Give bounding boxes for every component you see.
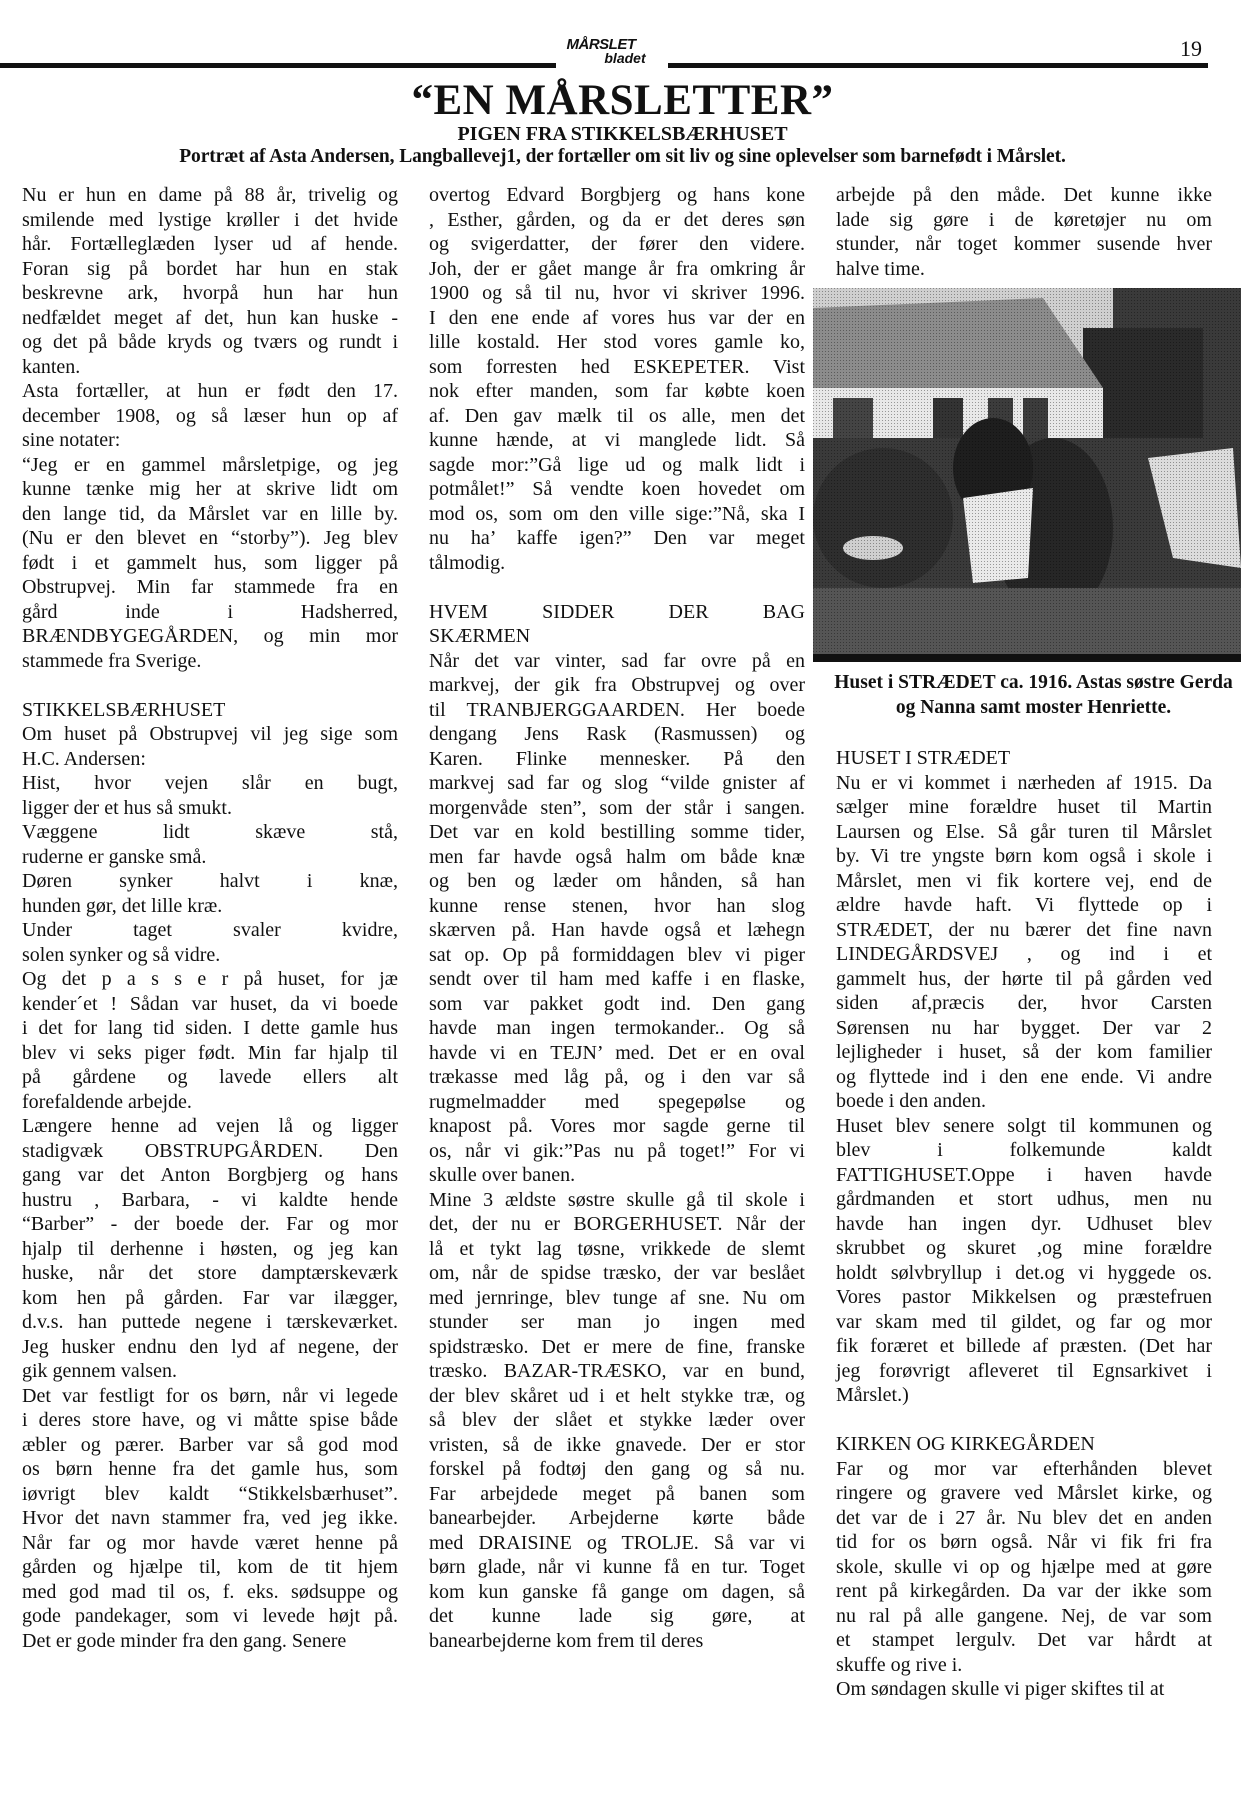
text-line: Det var en kold bestilling somme tider, [429,820,805,845]
text-line: siden af,præcis der, hvor Carsten [836,991,1212,1016]
text-line: morgenvåde sten”, som der står i sangen. [429,796,805,821]
text-line: os, når vi gik:”Pas nu på toget!” For vi [429,1139,805,1164]
text-line: tålmodig. [429,551,805,576]
text-line: med DRAISINE og TROLJE. Så var vi [429,1531,805,1556]
text-line: os børn henne fra det gamle hus, som [22,1457,398,1482]
text-line: (Nu er den blevet en “storby”). Jeg blev [22,526,398,551]
text-line: iøvrigt blev kaldt “Stikkelsbærhuset”. [22,1482,398,1507]
text-line: forefaldende arbejde. [22,1090,398,1115]
text-line: Når far og mor havde været henne på [22,1531,398,1556]
text-line: Det var festligt for os børn, når vi leg… [22,1384,398,1409]
text-line: lejligheder i huset, så der kom familier [836,1040,1212,1065]
page-number: 19 [1180,36,1202,62]
text-line: LINDEGÅRDSVEJ , og ind i et [836,942,1212,967]
text-line: boede i den anden. [836,1089,1212,1114]
text-line: H.C. Andersen: [22,747,398,772]
paragraph-gap [22,673,398,698]
text-line: , Esther, gården, og da er det deres søn [429,208,805,233]
text-line: dengang Jens Rask (Rasmussen) og [429,722,805,747]
text-line: Nu er hun en dame på 88 år, trivelig og [22,183,398,208]
text-line: Mårslet, men vi fik kortere vej, end de [836,869,1212,894]
article-lead: Portræt af Asta Andersen, Langballevej1,… [0,146,1245,168]
text-line: december 1908, og så læser hun op af [22,404,398,429]
text-line: lå et tykt lag tøsne, vrikkede de slemt [429,1237,805,1262]
text-line: halve time. [836,257,1212,282]
masthead-rule-left [0,63,556,68]
text-line: Hvor det navn stammer fra, ved jeg ikke. [22,1506,398,1531]
text-line: holdt sølvbryllup i det.og vi hyggede os… [836,1261,1212,1286]
text-line: d.v.s. han puttede negene i tærskeværket… [22,1310,398,1335]
text-line: kom kun ganske få gange om dagen, så [429,1580,805,1605]
text-line: Om huset på Obstrupvej vil jeg sige som [22,722,398,747]
text-line: “Jeg er en gammel mårsletpige, og jeg [22,453,398,478]
text-line: det, der nu er BORGERHUSET. Når der [429,1212,805,1237]
text-line: skrubbet og skuret ,og mine forældre [836,1236,1212,1261]
text-line: det var de i 27 år. Nu blev det en anden [836,1506,1212,1531]
text-line: STIKKELSBÆRHUSET [22,698,398,723]
text-line: ringere og gravere ved Mårslet kirke, og [836,1481,1212,1506]
text-line: Længere henne ad vejen lå og ligger [22,1114,398,1139]
text-line: skuffe og rive i. [836,1653,1212,1678]
text-line: beskrevne ark, hvorpå hun har hun [22,281,398,306]
text-line: FATTIGHUSET.Oppe i haven havde [836,1163,1212,1188]
text-line: og det på både kryds og tværs og rundt i [22,330,398,355]
text-line: “Barber” - der boede der. Far og mor [22,1212,398,1237]
text-line: fik foræret et billede af præsten. (Det … [836,1334,1212,1359]
text-line: I den ene ende af vores hus var der en [429,306,805,331]
text-line: et stampet lergulv. Det var hårdt at [836,1628,1212,1653]
text-line: sine notater: [22,428,398,453]
text-line: Nu er vi kommet i nærheden af 1915. Da [836,771,1212,796]
text-line: potmålet!” Så vendte koen hovedet om [429,477,805,502]
text-line: knapost på. Vores mor sagde gerne til [429,1114,805,1139]
text-line: den lange tid, da Mårslet var en lille b… [22,502,398,527]
text-line: ligger der et hus så smukt. [22,796,398,821]
text-line: kender´et ! Sådan var huset, da vi boede [22,992,398,1017]
text-line: gården og hjælpe til, kom de tit hjem [22,1555,398,1580]
text-line: skulle over banen. [429,1163,805,1188]
text-line: havde han ingen dyr. Udhuset blev [836,1212,1212,1237]
text-line: Obstrupvej. Min far stammede fra en [22,575,398,600]
text-line: træsko. BAZAR-TRÆSKO, var en bund, [429,1359,805,1384]
text-line: havde vi en TEJN’ med. Det er en oval [429,1041,805,1066]
text-line: med jernringe, blev tunge af sne. Nu om [429,1286,805,1311]
text-line: Mårslet.) [836,1383,1212,1408]
text-line: og flyttede ind i den ene ende. Vi andre [836,1065,1212,1090]
text-line: stadigvæk OBSTRUPGÅRDEN. Den [22,1139,398,1164]
text-line: 1900 og så til nu, hvor vi skriver 1996. [429,281,805,306]
masthead-rule-right [668,63,1208,68]
text-line: gik gennem valsen. [22,1359,398,1384]
logo-line-1: MÅRSLET [534,37,668,52]
text-line: stunder ser man jo ingen med [429,1310,805,1335]
text-line: Væggene lidt skæve stå, [22,820,398,845]
text-line: kunne tænke mig her at skrive lidt om [22,477,398,502]
text-line: Far og mor var efterhånden blevet [836,1457,1212,1482]
text-line: ældre havde haft. Vi flyttede op i [836,893,1212,918]
text-line: der blev skåret ud i et helt stykke træ,… [429,1384,805,1409]
text-line: var skam med til gildet, og far og mor [836,1310,1212,1335]
text-line: BRÆNDBYGEGÅRDEN, og min mor [22,624,398,649]
text-line: gammelt hus, der hørte til på gården ved [836,967,1212,992]
text-line: ruderne er ganske små. [22,845,398,870]
text-line: SKÆRMEN [429,624,805,649]
text-line: i deres store have, og vi måtte spise bå… [22,1408,398,1433]
text-line: Døren synker halvt i knæ, [22,869,398,894]
photo-illustration [813,288,1241,662]
text-line: Under taget svaler kvidre, [22,918,398,943]
text-line: rent på kirkegården. Da var der ikke som [836,1579,1212,1604]
text-line: og ben og læder om hånden, så han [429,869,805,894]
text-line: blev i folkemunde kaldt [836,1138,1212,1163]
masthead: MÅRSLET bladet 19 [0,0,1245,80]
text-line: Mine 3 ældste søstre skulle gå til skole… [429,1188,805,1213]
text-line: nedfældet meget af det, hun kan huske - [22,306,398,331]
text-line: trækasse med låg på, og i den var så [429,1065,805,1090]
text-line: STRÆDET, der nu bærer det fine navn [836,918,1212,943]
publication-logo: MÅRSLET bladet [548,37,668,65]
text-line: kom hen på gården. Far var ilægger, [22,1286,398,1311]
text-line: skærven på. Han havde også et læhegn [429,918,805,943]
text-line: Laursen og Else. Så går turen til Mårsle… [836,820,1212,845]
text-line: på gårdene og lavede ellers alt [22,1065,398,1090]
text-line: Far arbejdede meget på banen som [429,1482,805,1507]
text-line: Om søndagen skulle vi piger skiftes til … [836,1677,1212,1702]
text-line: i det for lang tid siden. I dette gamle … [22,1016,398,1041]
text-line: børn glade, når vi kunne få en tur. Toge… [429,1555,805,1580]
text-line: lille kostald. Her stod vores gamle ko, [429,330,805,355]
text-line: sat op. Op på formiddagen blev vi piger [429,943,805,968]
text-line: og svigerdatter, der fører den videre. [429,232,805,257]
text-line: spidstræsko. Det er mere de fine, fransk… [429,1335,805,1360]
text-line: hustru , Barbara, - vi kaldte hende [22,1188,398,1213]
text-line: Hist, hvor vejen slår en bugt, [22,771,398,796]
text-line: markvej, der gik fra Obstrupvej og over [429,673,805,698]
text-line: skole, skulle vi op og hjælpe med at gør… [836,1555,1212,1580]
text-line: gode pandekager, som vi levede højt på. [22,1604,398,1629]
text-line: Karen. Flinke mennesker. På den [429,747,805,772]
text-line: til TRANBJERGGAARDEN. Her boede [429,698,805,723]
text-line: mod os, som om den ville sige:”Nå, ska I [429,502,805,527]
column-right-top: arbejde på den måde. Det kunne ikkelade … [836,183,1212,281]
text-line: hår. Fortælleglæden lyser ud af hende. [22,232,398,257]
text-line: æbler og pærer. Barber var så god mod [22,1433,398,1458]
text-line: hunden gør, det lille kræ. [22,894,398,919]
text-line: Jeg husker endnu den lyd af negene, der [22,1335,398,1360]
text-line: Asta fortæller, at hun er født den 17. [22,379,398,404]
text-line: Det er gode minder fra den gang. Senere [22,1629,398,1654]
text-line: gang var det Anton Borgbjerg og hans [22,1163,398,1188]
paragraph-gap [429,575,805,600]
text-line: nu ral på alle gangene. Nej, de var som [836,1604,1212,1629]
text-line: men far havde også halm om både knæ [429,845,805,870]
text-line: by. Vi tre yngste børn kom også i skole … [836,844,1212,869]
text-line: smilende med lystige krøller i det hvide [22,208,398,233]
column-middle: overtog Edvard Borgbjerg og hans kone, E… [429,183,805,1653]
text-line: nok efter manden, som far købte koen [429,379,805,404]
article-title: “EN MÅRSLETTER” [0,76,1245,125]
text-line: Når det var vinter, sad far ovre på en [429,649,805,674]
text-line: KIRKEN OG KIRKEGÅRDEN [836,1432,1212,1457]
text-line: med god mad til os, f. eks. sødsuppe og [22,1580,398,1605]
text-line: kanten. [22,355,398,380]
text-line: Og det p a s s e r på huset, for jæ [22,967,398,992]
text-line: Foran sig på bordet har hun en stak [22,257,398,282]
text-line: om, når de spidse træsko, der var beslåe… [429,1261,805,1286]
text-line: som forresten hed ESKEPETER. Vist [429,355,805,380]
text-line: så blev der slået et stykke læder over [429,1408,805,1433]
column-right: HUSET I STRÆDETNu er vi kommet i nærhede… [836,746,1212,1702]
text-line: lade sig gøre i de køretøjer nu om [836,208,1212,233]
text-line: vristen, så de ikke gnavede. Der er stor [429,1433,805,1458]
text-line: havde man ingen termokander.. Og så [429,1016,805,1041]
text-line: stunder, når toget kommer susende hver [836,232,1212,257]
text-line: HVEM SIDDER DER BAG [429,600,805,625]
text-line: HUSET I STRÆDET [836,746,1212,771]
text-line: af. Den gav mælk til os alle, men det [429,404,805,429]
text-line: Joh, der er gået mange år fra omkring år [429,257,805,282]
text-line: solen synker og så vidre. [22,943,398,968]
paragraph-gap [836,1408,1212,1433]
text-line: jeg forøvrigt afleveret til Egnsarkivet … [836,1359,1212,1384]
article-subtitle: PIGEN FRA STIKKELSBÆRHUSET [0,123,1245,146]
text-line: Vores pastor Mikkelsen og præstefruen [836,1285,1212,1310]
text-line: nu ha’ kaffe igen?” Den var meget [429,526,805,551]
text-line: gårdmanden et stort udhus, men nu [836,1187,1212,1212]
text-line: som var pakket godt ind. Den gang [429,992,805,1017]
text-line: tid for os børn også. Når vi fik fri fra [836,1530,1212,1555]
text-line: huske, når det store damptærskeværk [22,1261,398,1286]
house-photo [813,288,1241,662]
text-line: blev vi seks piger født. Min far hjalp t… [22,1041,398,1066]
column-left: Nu er hun en dame på 88 år, trivelig ogs… [22,183,398,1653]
text-line: forskel på fodtøj den gang og så nu. [429,1457,805,1482]
photo-caption: Huset i STRÆDET ca. 1916. Astas søstre G… [826,670,1241,720]
text-line: Huset blev senere solgt til kommunen og [836,1114,1212,1139]
text-line: det kunne lade sig gøre, at [429,1604,805,1629]
text-line: arbejde på den måde. Det kunne ikke [836,183,1212,208]
text-line: stammede fra Sverige. [22,649,398,674]
text-line: født i et gammelt hus, som ligger på [22,551,398,576]
text-line: kunne hænde, at vi manglede lidt. Så [429,428,805,453]
text-line: hjalp til derhenne i høsten, og jeg kan [22,1237,398,1262]
text-line: Sørensen nu har bygget. Der var 2 [836,1016,1212,1041]
text-line: kunne rense stenen, hvor han slog [429,894,805,919]
text-line: overtog Edvard Borgbjerg og hans kone [429,183,805,208]
text-line: markvej sad far og slog “vilde gnister a… [429,771,805,796]
text-line: sendt over til ham med kaffe i en flaske… [429,967,805,992]
text-line: rugmelmadder med spegepølse og [429,1090,805,1115]
logo-line-2: bladet [582,51,668,65]
text-line: gård inde i Hadsherred, [22,600,398,625]
text-line: sælger mine forældre huset til Martin [836,795,1212,820]
text-line: banearbejderne kom frem til deres [429,1629,805,1654]
text-line: sagde mor:”Gå lige ud og malk lidt i [429,453,805,478]
text-line: banearbejder. Arbejderne kørte både [429,1506,805,1531]
